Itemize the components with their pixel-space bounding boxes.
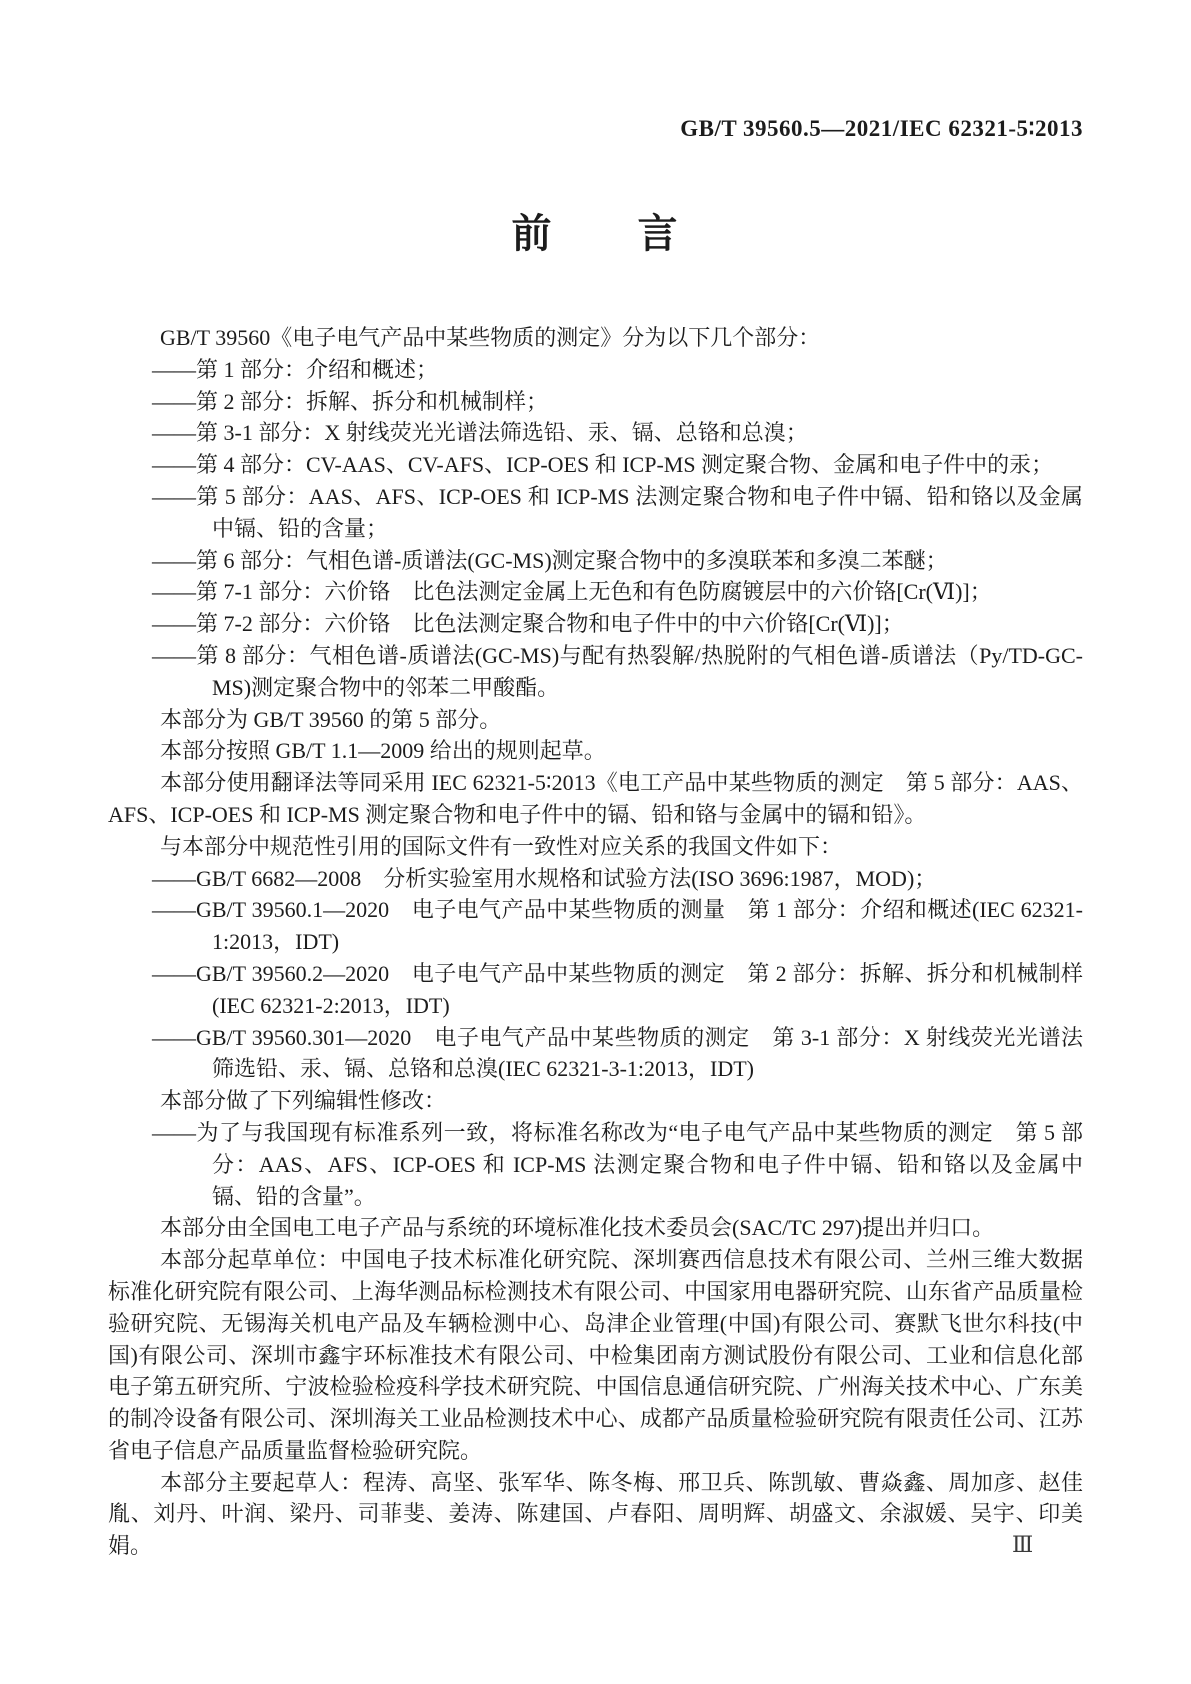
list-item-part-4: ——第 4 部分：CV-AAS、CV-AFS、ICP-OES 和 ICP-MS … xyxy=(108,449,1083,481)
page-title: 前 言 xyxy=(0,202,1191,259)
document-page: GB/T 39560.5—2021/IEC 62321-5∶2013 前 言 G… xyxy=(0,0,1191,1684)
paragraph-drafting-rule: 本部分按照 GB/T 1.1—2009 给出的规则起草。 xyxy=(108,735,1083,767)
list-item-ref-39560-301: ——GB/T 39560.301—2020 电子电气产品中某些物质的测定 第 3… xyxy=(108,1022,1083,1086)
paragraph-editorial-intro: 本部分做了下列编辑性修改： xyxy=(108,1085,1083,1117)
paragraph-drafters: 本部分主要起草人：程涛、高坚、张军华、陈冬梅、邢卫兵、陈凯敏、曹焱鑫、周加彦、赵… xyxy=(108,1467,1083,1562)
paragraph-committee: 本部分由全国电工电子产品与系统的环境标准化技术委员会(SAC/TC 297)提出… xyxy=(108,1212,1083,1244)
list-item-part-1: ——第 1 部分：介绍和概述； xyxy=(108,354,1083,386)
standard-code-header: GB/T 39560.5—2021/IEC 62321-5∶2013 xyxy=(680,116,1083,142)
list-item-part-6: ——第 6 部分：气相色谱-质谱法(GC-MS)测定聚合物中的多溴联苯和多溴二苯… xyxy=(108,545,1083,577)
list-item-part-8: ——第 8 部分：气相色谱-质谱法(GC-MS)与配有热裂解/热脱附的气相色谱-… xyxy=(108,640,1083,704)
foreword-body: GB/T 39560《电子电气产品中某些物质的测定》分为以下几个部分： ——第 … xyxy=(108,322,1083,1562)
list-item-editorial-change: ——为了与我国现有标准系列一致，将标准名称改为“电子电气产品中某些物质的测定 第… xyxy=(108,1117,1083,1212)
paragraph-translation: 本部分使用翻译法等同采用 IEC 62321-5∶2013《电工产品中某些物质的… xyxy=(108,767,1083,831)
paragraph-intro: GB/T 39560《电子电气产品中某些物质的测定》分为以下几个部分： xyxy=(108,322,1083,354)
list-item-part-7-1: ——第 7-1 部分：六价铬 比色法测定金属上无色和有色防腐镀层中的六价铬[Cr… xyxy=(108,576,1083,608)
page-number: Ⅲ xyxy=(1012,1532,1033,1558)
list-item-ref-39560-1: ——GB/T 39560.1—2020 电子电气产品中某些物质的测量 第 1 部… xyxy=(108,894,1083,958)
list-item-ref-6682: ——GB/T 6682—2008 分析实验室用水规格和试验方法(ISO 3696… xyxy=(108,863,1083,895)
list-item-ref-39560-2: ——GB/T 39560.2—2020 电子电气产品中某些物质的测定 第 2 部… xyxy=(108,958,1083,1022)
paragraph-national-docs-intro: 与本部分中规范性引用的国际文件有一致性对应关系的我国文件如下： xyxy=(108,831,1083,863)
list-item-part-2: ——第 2 部分：拆解、拆分和机械制样； xyxy=(108,386,1083,418)
paragraph-drafting-organizations: 本部分起草单位：中国电子技术标准化研究院、深圳赛西信息技术有限公司、兰州三维大数… xyxy=(108,1244,1083,1467)
paragraph-this-part: 本部分为 GB/T 39560 的第 5 部分。 xyxy=(108,704,1083,736)
list-item-part-5: ——第 5 部分：AAS、AFS、ICP-OES 和 ICP-MS 法测定聚合物… xyxy=(108,481,1083,545)
list-item-part-3-1: ——第 3-1 部分：X 射线荧光光谱法筛选铅、汞、镉、总铬和总溴； xyxy=(108,417,1083,449)
list-item-part-7-2: ——第 7-2 部分：六价铬 比色法测定聚合物和电子件中的中六价铬[Cr(Ⅵ)]… xyxy=(108,608,1083,640)
